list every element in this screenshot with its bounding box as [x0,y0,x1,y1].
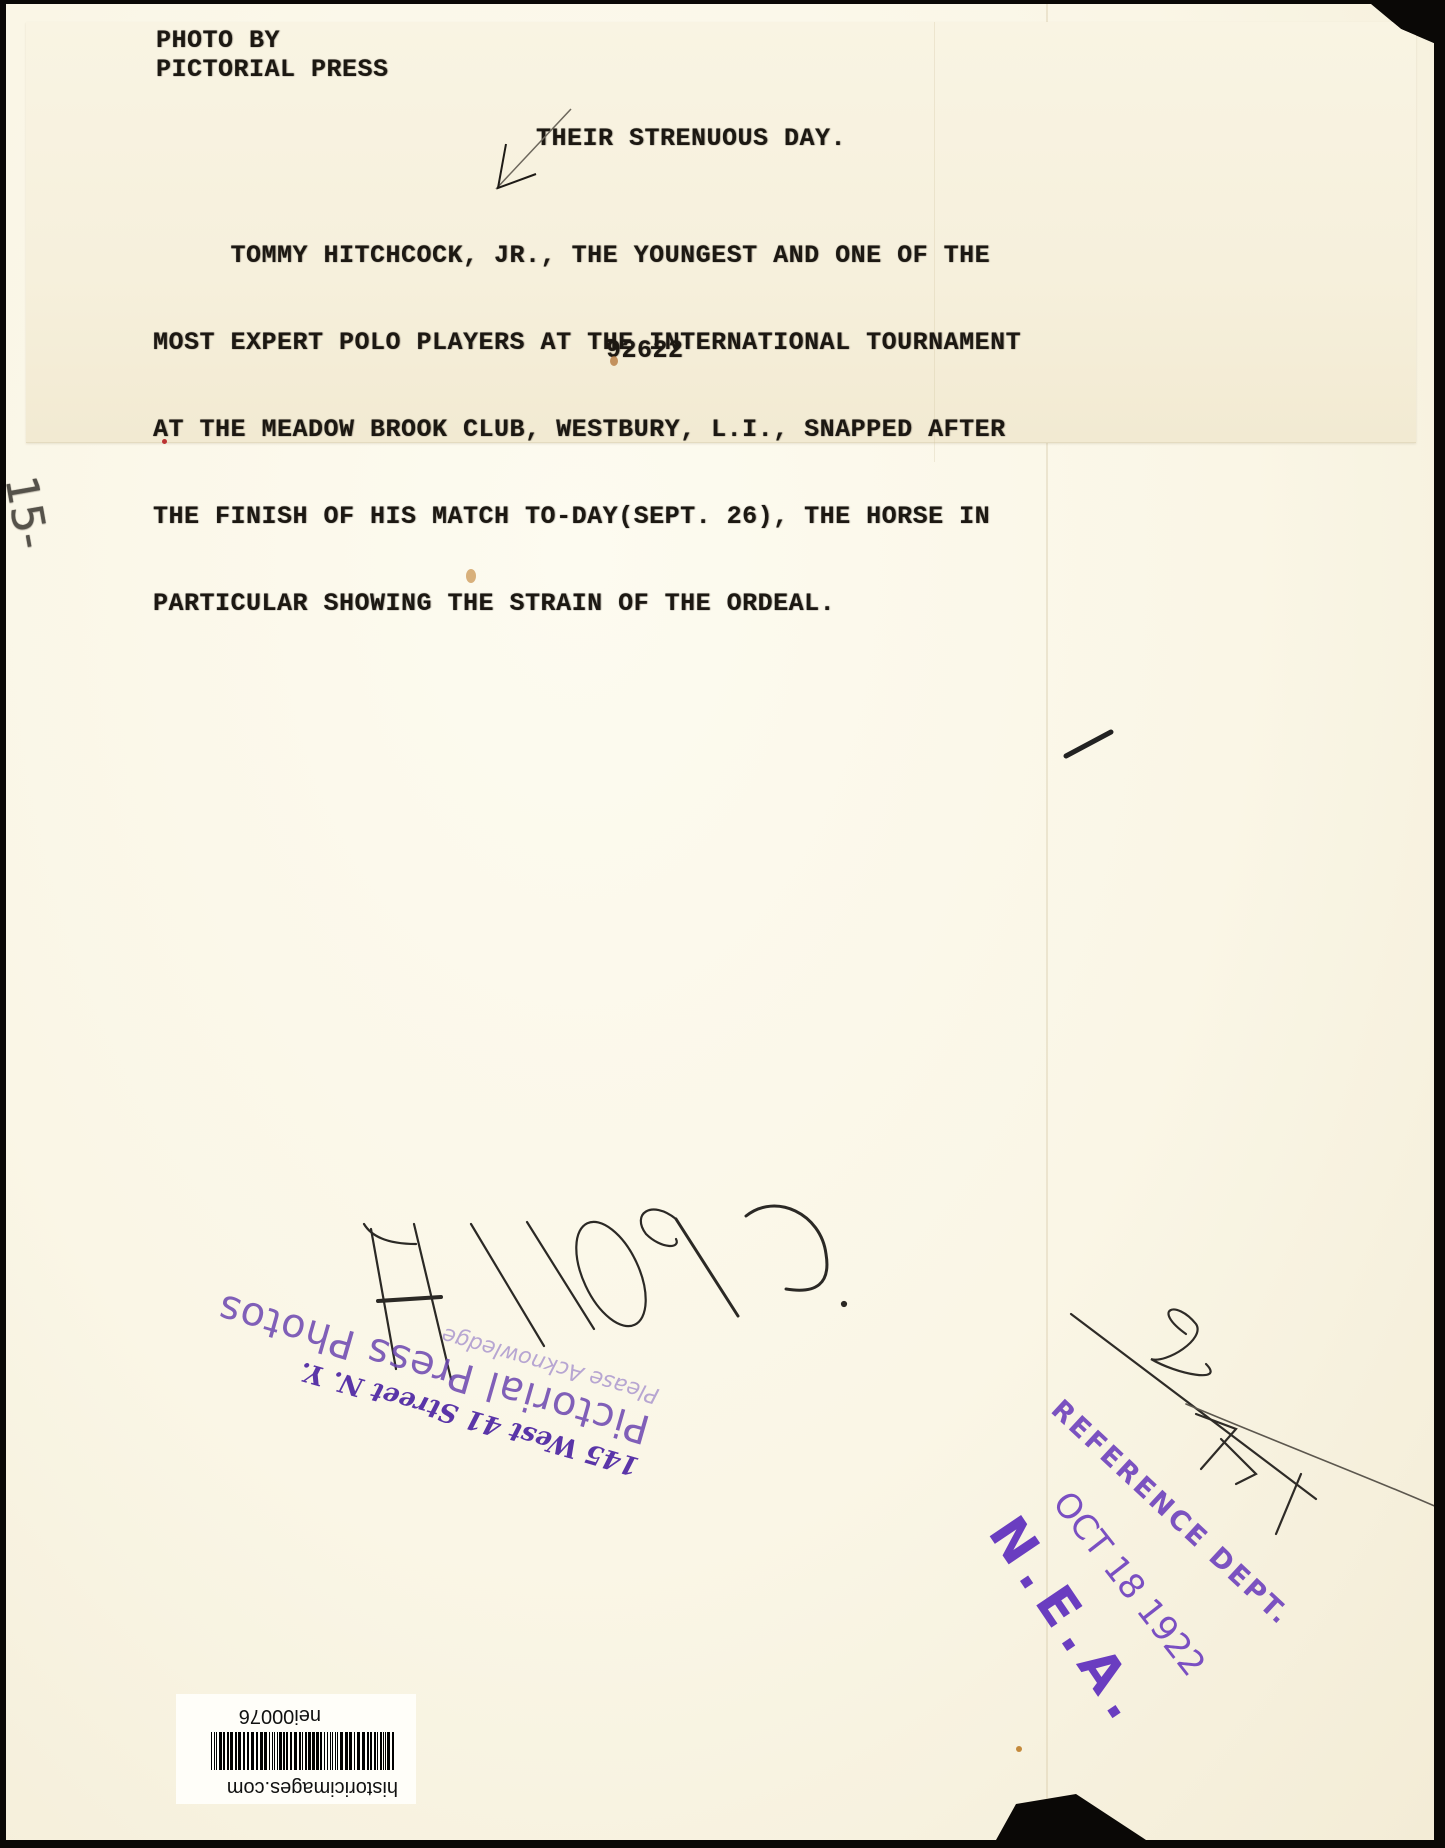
caption-body: TOMMY HITCHCOCK, JR., THE YOUNGEST AND O… [153,183,1021,676]
photo-credit: PHOTO BY PICTORIAL PRESS [156,26,389,84]
stain-spot [466,569,476,583]
stain-spot [1016,1746,1022,1752]
caption-line: MOST EXPERT POLO PLAYERS AT THE INTERNAT… [153,328,1021,357]
caption-line: TOMMY HITCHCOCK, JR., THE YOUNGEST AND O… [153,241,1021,270]
barcode-label: historicimages.com nei00076 [176,1694,416,1804]
handwritten-margin-note: 15- [5,474,46,551]
photo-back-paper: PHOTO BY PICTORIAL PRESS THEIR STRENUOUS… [6,4,1434,1840]
barcode-icon [209,1732,394,1770]
credit-line-1: PHOTO BY [156,26,280,55]
caption-line: PARTICULAR SHOWING THE STRAIN OF THE ORD… [153,589,1021,618]
pencil-initials-scribble: S.T. [1056,1304,1445,1564]
pen-mark [1061,724,1121,764]
barcode-site: historicimages.com [227,1776,398,1799]
stain-spot [162,439,167,444]
caption-line: AT THE MEADOW BROOK CLUB, WESTBURY, L.I.… [153,415,1021,444]
caption-line: THE FINISH OF HIS MATCH TO-DAY(SEPT. 26)… [153,502,1021,531]
credit-line-2: PICTORIAL PRESS [156,55,389,84]
stain-spot [610,356,618,366]
barcode-code: nei00076 [239,1704,321,1727]
